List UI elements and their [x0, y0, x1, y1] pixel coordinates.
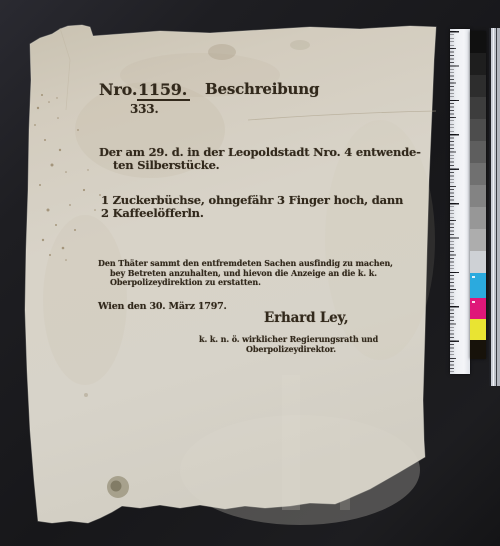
list-item: 2 Kaffeelöfferln. [101, 206, 204, 220]
gray-step-patch [470, 119, 486, 141]
magenta-calibration-patch [470, 298, 486, 319]
gray-step-patch [470, 75, 486, 97]
black-calibration-patch [470, 340, 486, 359]
list-item: 1 Zuckerbüchse, ohngefähr 3 Finger hoch,… [101, 193, 403, 207]
gray-step-patch [470, 251, 486, 273]
gray-step-patch [470, 185, 486, 207]
calibration-ruler [450, 29, 470, 374]
cyan-calibration-patch [470, 273, 486, 298]
gray-step-patch [470, 53, 486, 75]
scan-edge-strip [489, 28, 500, 386]
gray-step-patch [470, 163, 486, 185]
ruler-cm-ticks [450, 31, 459, 372]
gray-step-wedge [470, 31, 486, 359]
yellow-calibration-patch [470, 319, 486, 340]
notice-line: Den Thäter sammt den entfremdeten Sachen… [98, 258, 393, 268]
document-title: Beschreibung [205, 80, 319, 98]
subject-line: Der am 29. d. in der Leopoldstadt Nro. 4… [99, 145, 421, 159]
gray-step-patch [470, 31, 486, 53]
gray-step-patch [470, 141, 486, 163]
notice-line: bey Betreten anzuhalten, und hievon die … [110, 268, 377, 278]
subject-line: ten Silberstücke. [113, 158, 220, 172]
document-number-value: 1159. [137, 80, 190, 101]
document-number-label: Nro. [99, 80, 137, 99]
gray-step-patch [470, 97, 486, 119]
gray-step-patch [470, 207, 486, 229]
signature-title-line: k. k. n. ö. wirklicher Regierungsrath un… [199, 334, 378, 344]
document-file-number: 333. [130, 102, 158, 116]
dateline: Wien den 30. März 1797. [98, 301, 227, 312]
notice-line: Oberpolizeydirektion zu erstatten. [110, 277, 261, 287]
signature-title-line: Oberpolizeydirektor. [246, 344, 336, 354]
signature-name: Erhard Ley, [264, 310, 348, 326]
gray-step-patch [470, 229, 486, 251]
scan-viewer: Nro. 1159. 333. Beschreibung Der am 29. … [0, 0, 500, 546]
